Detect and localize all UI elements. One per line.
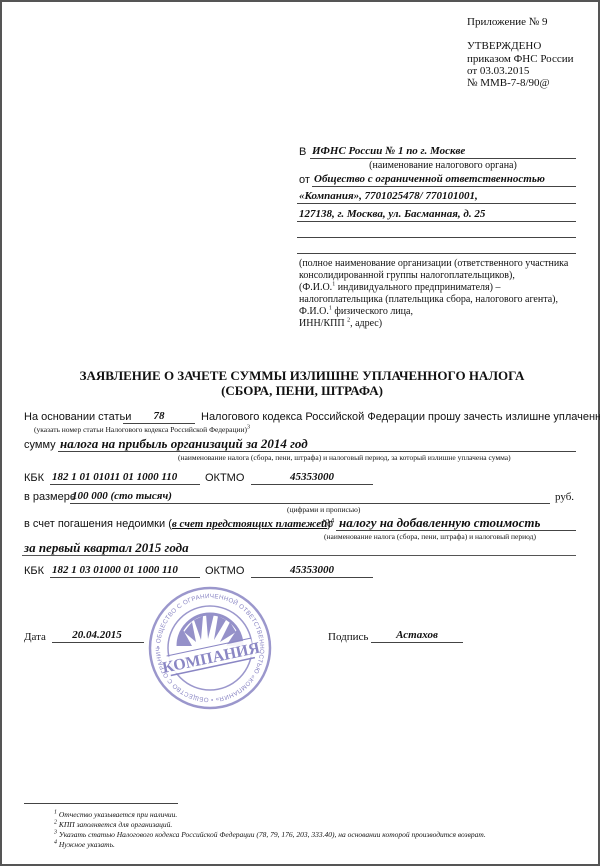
order-number: № ММВ-7-8/90@ — [467, 77, 550, 90]
oktmo1-label: ОКТМО — [205, 472, 244, 485]
from-line3-value[interactable]: 127138, г. Москва, ул. Басманная, д. 25 — [299, 208, 485, 221]
amount-currency: руб. — [555, 491, 574, 504]
addressee-caption-6: ИНН/КПП 2, адрес) — [299, 318, 382, 330]
debt-line: в счет погашения недоимки (в счет предст… — [24, 518, 334, 531]
article-caption: (указать номер статьи Налогового кодекса… — [34, 425, 250, 435]
kbk1-value[interactable]: 182 1 01 01011 01 1000 110 — [52, 471, 177, 484]
signature-underline — [371, 642, 463, 643]
tax-authority-line — [310, 158, 576, 159]
tax-authority-caption: (наименование налогового органа) — [310, 160, 576, 172]
kbk2-value[interactable]: 182 1 03 01000 01 1000 110 — [52, 564, 178, 577]
addressee-caption-3: (Ф.И.О.1 индивидуального предпринимателя… — [299, 282, 500, 294]
blank-line-1 — [297, 237, 576, 238]
footnote-2: 2 КПП заполняется для организаций. — [54, 820, 172, 830]
debt-caption: (наименование налога (сбора, пени, штраф… — [324, 532, 536, 542]
amount-value[interactable]: 100 000 (сто тысяч) — [72, 490, 172, 503]
debt-po-label: по — [321, 518, 333, 531]
oktmo2-value[interactable]: 45353000 — [251, 564, 373, 577]
company-stamp-icon: • ОБЩЕСТВО С ОГРАНИЧЕННОЙ ОТВЕТСТВЕННОСТ… — [148, 586, 272, 710]
basis-suffix: Налогового кодекса Российской Федерации … — [201, 411, 600, 424]
addressee-caption-1: (полное наименование организации (ответс… — [299, 258, 568, 270]
basis-prefix: На основании статьи — [24, 411, 131, 424]
addressee-caption-4: налогоплательщика (плательщика сбора, на… — [299, 294, 558, 306]
debt-period-underline — [22, 555, 576, 556]
sum-caption: (наименование налога (сбора, пени, штраф… — [178, 453, 511, 463]
kbk1-underline — [50, 484, 200, 485]
debt-period-value[interactable]: за первый квартал 2015 года — [24, 540, 189, 556]
from-line1-underline — [312, 186, 576, 187]
footnote-separator — [24, 803, 178, 804]
from-line1-value[interactable]: Общество с ограниченной ответственностью — [314, 173, 545, 186]
from-prefix: от — [299, 174, 310, 187]
footnote-1: 1 Отчество указывается при наличии. — [54, 810, 177, 820]
oktmo1-underline — [251, 484, 373, 485]
kbk2-underline — [50, 577, 200, 578]
from-line2-value[interactable]: «Компания», 7701025478/ 770101001, — [299, 190, 478, 203]
oktmo2-underline — [251, 577, 373, 578]
blank-line-2 — [297, 253, 576, 254]
amount-caption: (цифрами и прописью) — [287, 505, 360, 515]
document-title-line1: ЗАЯВЛЕНИЕ О ЗАЧЕТЕ СУММЫ ИЗЛИШНЕ УПЛАЧЕН… — [2, 368, 600, 384]
from-line3-underline — [297, 221, 576, 222]
article-underline — [123, 423, 195, 424]
footnote-3: 3 Указать статью Налогового кодекса Росс… — [54, 830, 486, 840]
oktmo2-label: ОКТМО — [205, 565, 244, 578]
date-label: Дата — [24, 631, 46, 644]
addressee-caption-5: Ф.И.О.1 физического лица, — [299, 306, 413, 318]
document-title-line2: (СБОРА, ПЕНИ, ШТРАФА) — [2, 383, 600, 399]
amount-underline — [70, 503, 550, 504]
appendix-label: Приложение № 9 — [467, 16, 548, 29]
article-value[interactable]: 78 — [123, 410, 195, 423]
sum-underline — [58, 451, 576, 452]
date-underline — [52, 642, 144, 643]
debt-choice-value[interactable]: в счет предстоящих платежей — [172, 518, 327, 530]
svg-text:КОМПАНИЯ: КОМПАНИЯ — [161, 640, 262, 677]
footnote-4: 4 Нужное указать. — [54, 840, 115, 850]
signature-value[interactable]: Астахов — [371, 629, 463, 642]
debt-tax-underline — [336, 530, 576, 531]
addressee-caption-2: консолидированной группы налогоплательщи… — [299, 270, 515, 282]
kbk2-label: КБК — [24, 565, 44, 578]
debt-tax-value[interactable]: налогу на добавленную стоимость — [339, 515, 540, 531]
sum-value[interactable]: налога на прибыль организаций за 2014 го… — [60, 436, 308, 452]
document-page: Приложение № 9 УТВЕРЖДЕНО приказом ФНС Р… — [0, 0, 600, 866]
tax-authority-value[interactable]: ИФНС России № 1 по г. Москве — [312, 145, 465, 158]
signature-label: Подпись — [328, 631, 368, 644]
to-prefix: В — [299, 146, 306, 159]
approved-label: УТВЕРЖДЕНО — [467, 40, 541, 53]
oktmo1-value[interactable]: 45353000 — [251, 471, 373, 484]
from-line2-underline — [297, 203, 576, 204]
date-value[interactable]: 20.04.2015 — [52, 629, 142, 642]
kbk1-label: КБК — [24, 472, 44, 485]
sum-prefix: сумму — [24, 439, 56, 452]
amount-prefix: в размере — [24, 491, 76, 504]
